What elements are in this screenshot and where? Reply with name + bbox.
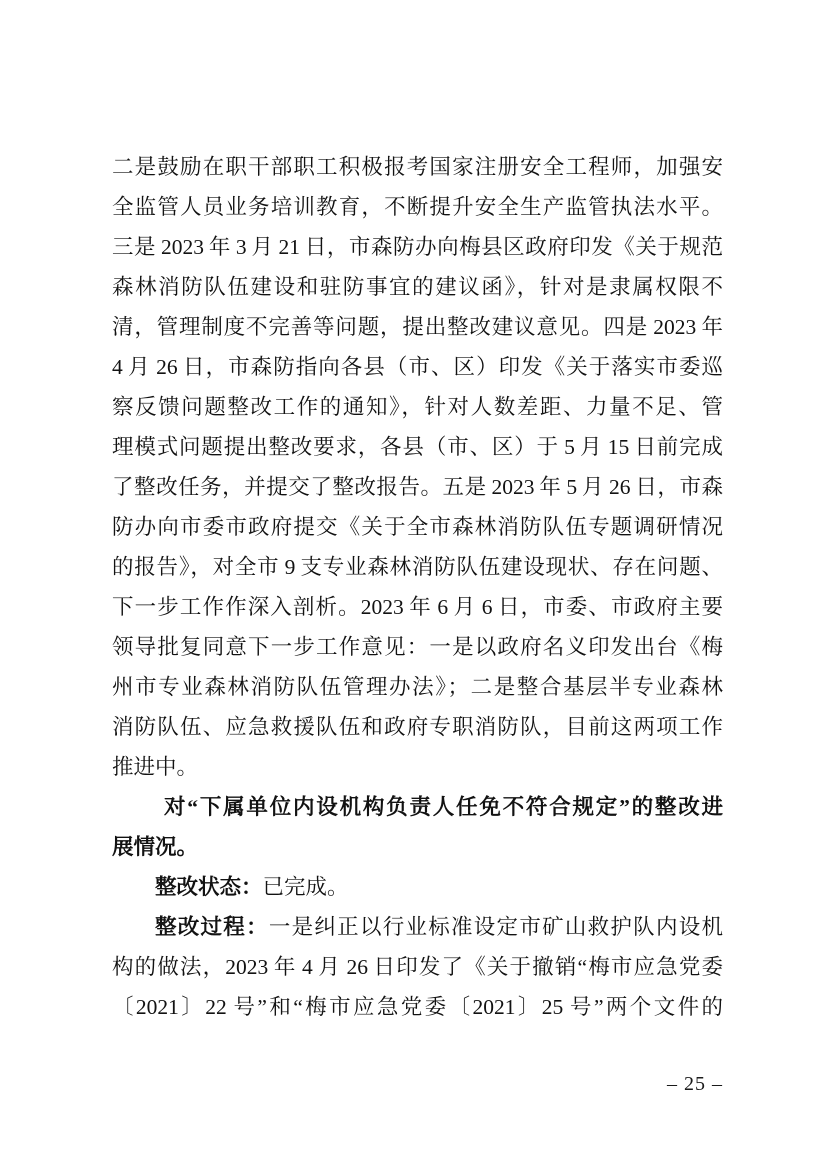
text-segment: 三是 2023 年 3 月 21 日，市森防办向梅县区政府印发《关于规范	[112, 235, 723, 259]
text-line: 的报告》，对全市 9 支专业森林消防队伍建设现状、存在问题、	[112, 547, 723, 587]
text-segment: 构的做法，2023 年 4 月 26 日印发了《关于撤销“梅市应急党委	[112, 955, 723, 979]
text-segment: 防办向市委市政府提交《关于全市森林消防队伍专题调研情况	[112, 515, 723, 539]
text-line: 察反馈问题整改工作的通知》，针对人数差距、力量不足、管	[112, 387, 723, 427]
text-line: 二是鼓励在职干部职工积极报考国家注册安全工程师，加强安	[112, 147, 723, 187]
text-line: 展情况。	[112, 827, 723, 867]
text-line: 理模式问题提出整改要求，各县（市、区）于 5 月 15 日前完成	[112, 427, 723, 467]
text-line: 整改状态：已完成。	[112, 867, 723, 907]
text-segment: 的报告》，对全市 9 支专业森林消防队伍建设现状、存在问题、	[112, 555, 723, 579]
text-segment-bold: 对“下属单位内设机构负责人任免不符合规定”的整改进	[164, 795, 723, 819]
text-segment: 州市专业森林消防队伍管理办法》；二是整合基层半专业森林	[112, 675, 723, 699]
document-body: 二是鼓励在职干部职工积极报考国家注册安全工程师，加强安全监管人员业务培训教育，不…	[112, 147, 723, 1027]
text-line: 〔2021〕22 号”和“梅市应急党委〔2021〕25 号”两个文件的	[112, 987, 723, 1027]
text-segment: 〔2021〕22 号”和“梅市应急党委〔2021〕25 号”两个文件的	[112, 995, 723, 1019]
text-segment: 了整改任务，并提交了整改报告。五是 2023 年 5 月 26 日，市森	[112, 475, 723, 499]
text-line: 领导批复同意下一步工作意见：一是以政府名义印发出台《梅	[112, 627, 723, 667]
text-segment: 4 月 26 日，市森防指向各县（市、区）印发《关于落实市委巡	[112, 355, 723, 379]
text-segment: 察反馈问题整改工作的通知》，针对人数差距、力量不足、管	[112, 395, 723, 419]
text-line: 4 月 26 日，市森防指向各县（市、区）印发《关于落实市委巡	[112, 347, 723, 387]
text-line: 三是 2023 年 3 月 21 日，市森防办向梅县区政府印发《关于规范	[112, 227, 723, 267]
text-segment: 消防队伍、应急救援队伍和政府专职消防队，目前这两项工作	[112, 715, 723, 739]
text-segment: 二是鼓励在职干部职工积极报考国家注册安全工程师，加强安	[112, 155, 723, 179]
text-line: 全监管人员业务培训教育，不断提升安全生产监管执法水平。	[112, 187, 723, 227]
text-line: 下一步工作作深入剖析。2023 年 6 月 6 日，市委、市政府主要	[112, 587, 723, 627]
text-segment: 全监管人员业务培训教育，不断提升安全生产监管执法水平。	[112, 195, 723, 219]
text-segment: 推进中。	[112, 755, 198, 779]
page-number: – 25 –	[667, 1072, 723, 1096]
text-line: 消防队伍、应急救援队伍和政府专职消防队，目前这两项工作	[112, 707, 723, 747]
text-line: 整改过程：一是纠正以行业标准设定市矿山救护队内设机	[112, 907, 723, 947]
text-segment: 森林消防队伍建设和驻防事宜的建议函》，针对是隶属权限不	[112, 275, 723, 299]
text-segment-bold: 展情况。	[112, 835, 198, 859]
text-line: 了整改任务，并提交了整改报告。五是 2023 年 5 月 26 日，市森	[112, 467, 723, 507]
text-line: 森林消防队伍建设和驻防事宜的建议函》，针对是隶属权限不	[112, 267, 723, 307]
text-line: 防办向市委市政府提交《关于全市森林消防队伍专题调研情况	[112, 507, 723, 547]
text-segment-bold: 整改状态：	[155, 875, 263, 899]
text-line: 州市专业森林消防队伍管理办法》；二是整合基层半专业森林	[112, 667, 723, 707]
text-line: 推进中。	[112, 747, 723, 787]
document-page: 二是鼓励在职干部职工积极报考国家注册安全工程师，加强安全监管人员业务培训教育，不…	[0, 0, 827, 1170]
text-line: 构的做法，2023 年 4 月 26 日印发了《关于撤销“梅市应急党委	[112, 947, 723, 987]
text-segment: 理模式问题提出整改要求，各县（市、区）于 5 月 15 日前完成	[112, 435, 723, 459]
text-line: 清，管理制度不完善等问题，提出整改建议意见。四是 2023 年	[112, 307, 723, 347]
text-segment: 一是纠正以行业标准设定市矿山救护队内设机	[269, 915, 723, 939]
text-segment-bold: 整改过程：	[155, 915, 269, 939]
text-segment: 领导批复同意下一步工作意见：一是以政府名义印发出台《梅	[112, 635, 723, 659]
text-segment: 清，管理制度不完善等问题，提出整改建议意见。四是 2023 年	[112, 315, 723, 339]
text-segment: 已完成。	[263, 875, 349, 899]
text-segment: 下一步工作作深入剖析。2023 年 6 月 6 日，市委、市政府主要	[112, 595, 723, 619]
text-line: 对“下属单位内设机构负责人任免不符合规定”的整改进	[112, 787, 723, 827]
